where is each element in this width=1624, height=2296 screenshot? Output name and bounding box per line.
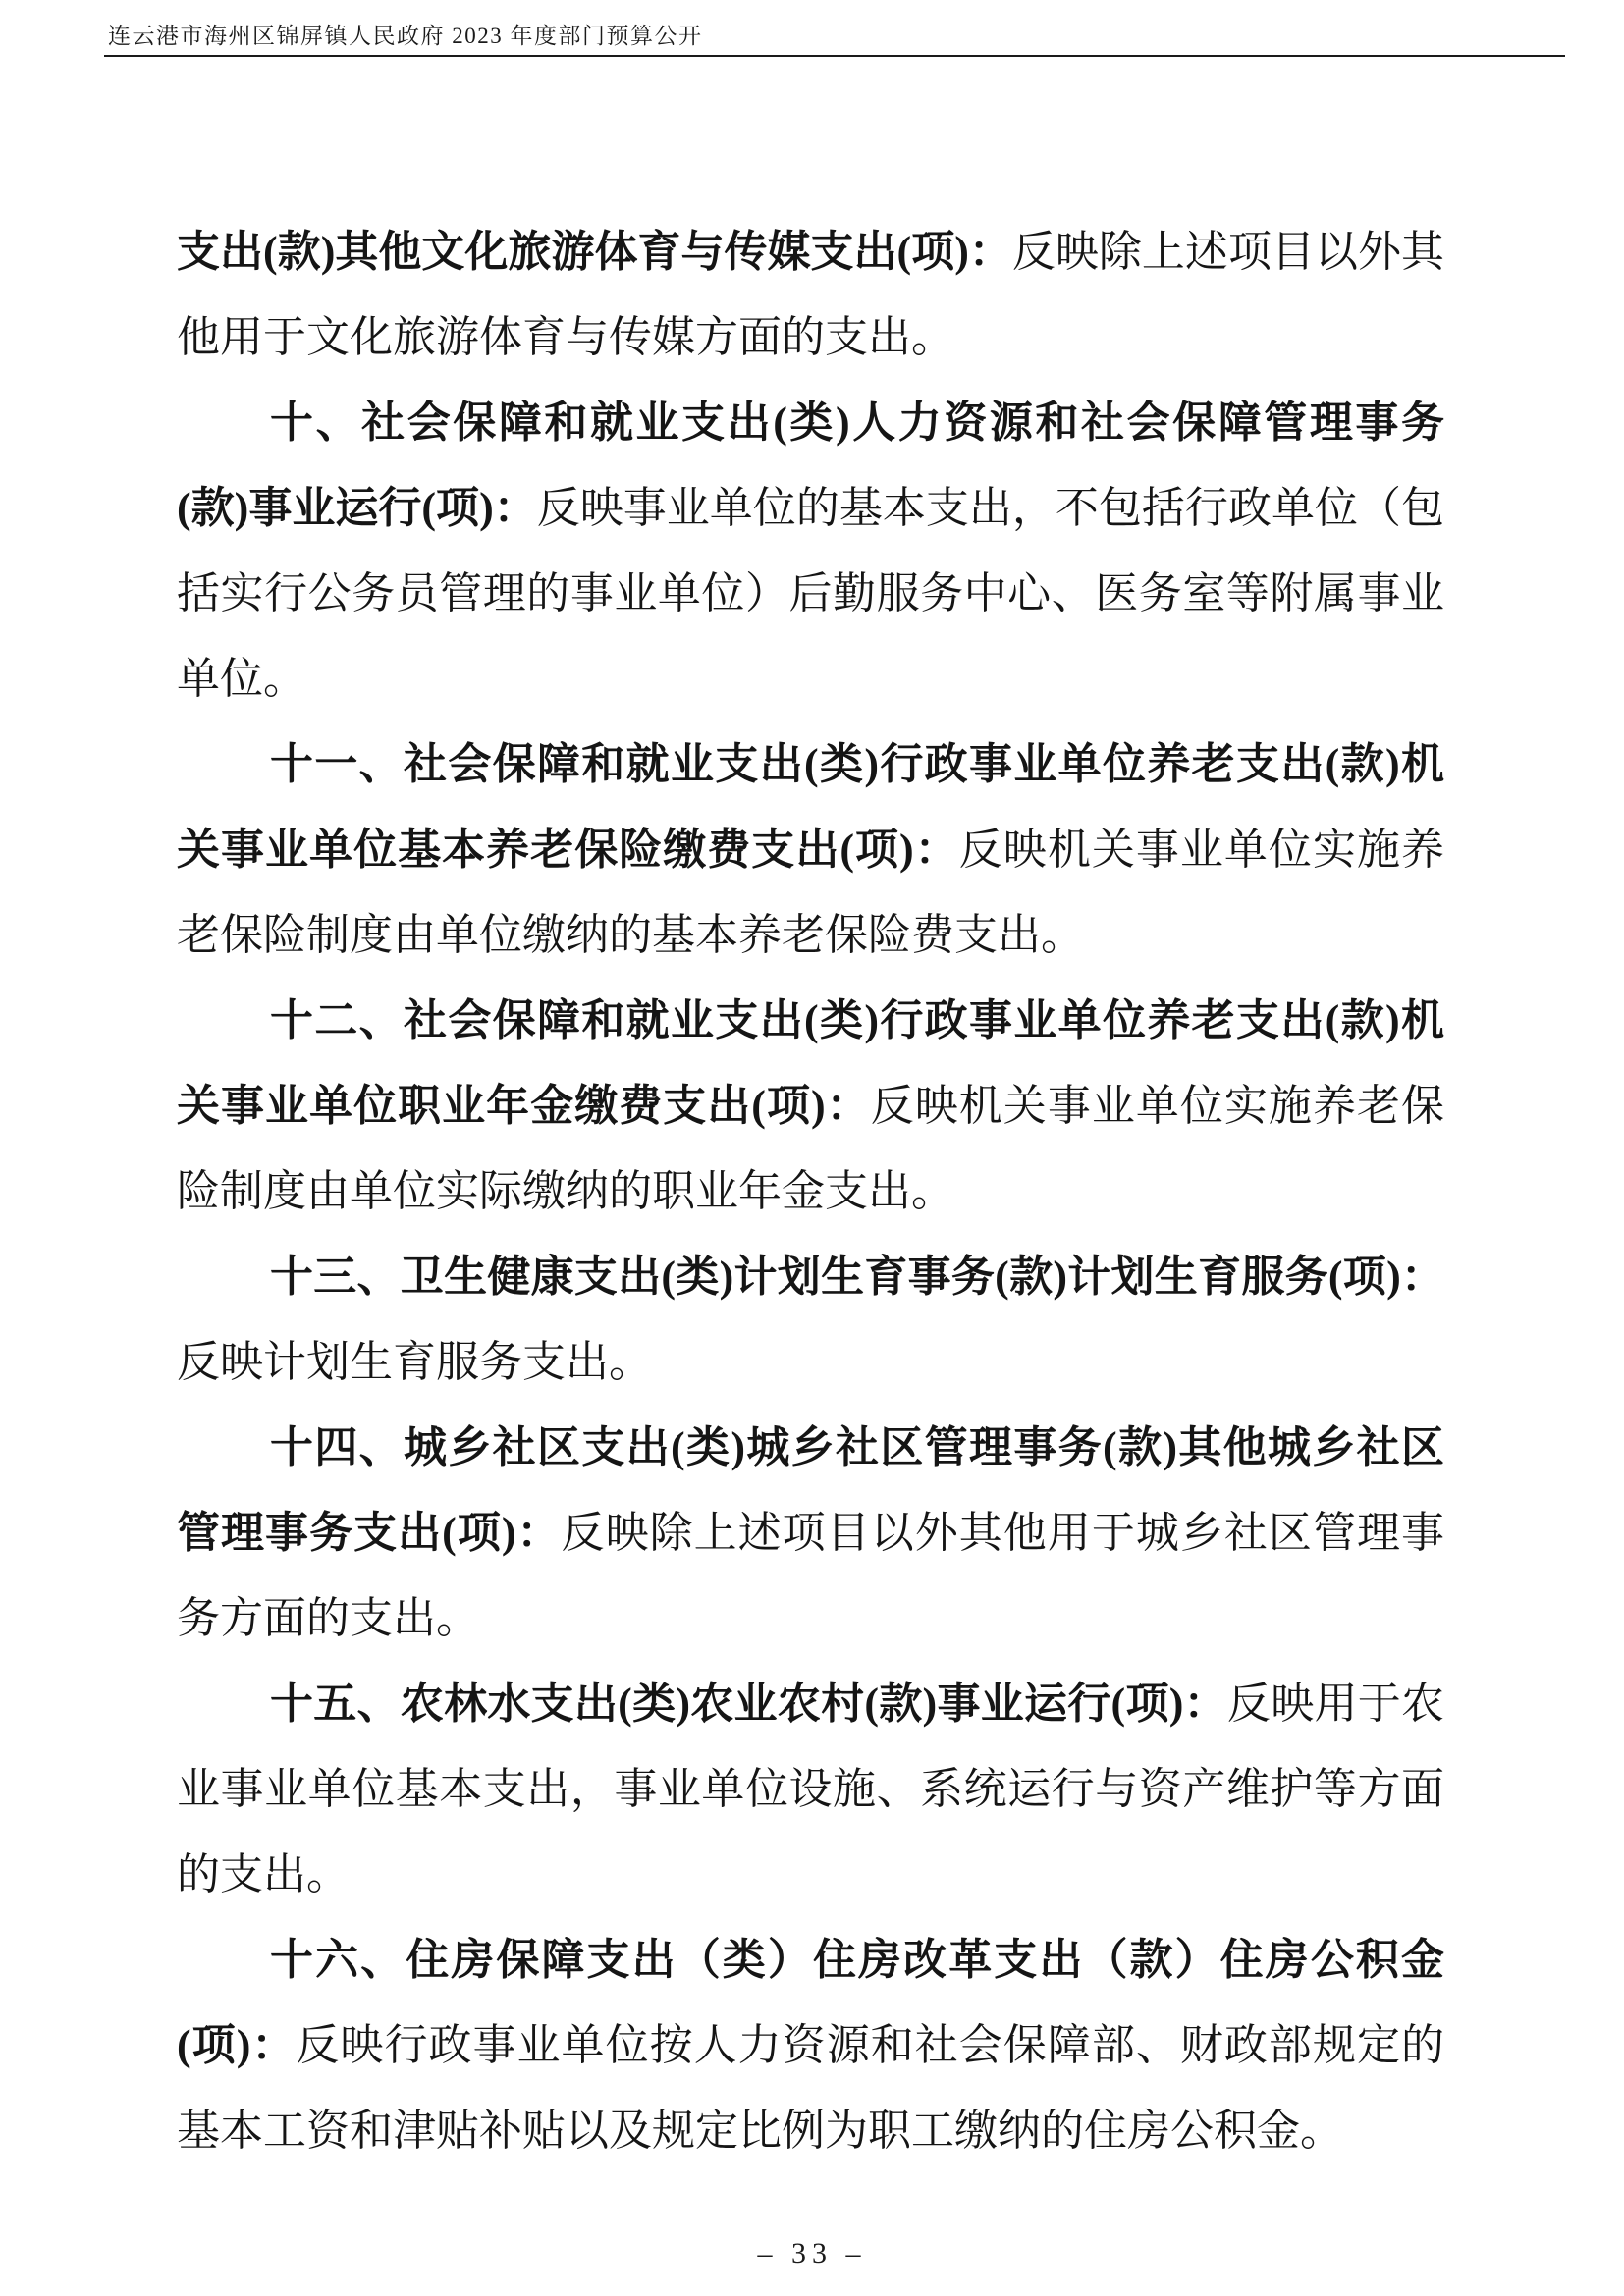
budget-item-description: 反映行政事业单位按人力资源和社会保障部、财政部规定的基本工资和津贴补贴以及规定比… (177, 2021, 1444, 2155)
budget-item-heading: 十五、农林水支出(类)农业农村(款)事业运行(项)： (270, 1680, 1227, 1728)
document-body: 支出(款)其他文化旅游体育与传媒支出(项)：反映除上述项目以外其他用于文化旅游体… (177, 209, 1444, 2173)
budget-item-heading: 支出(款)其他文化旅游体育与传媒支出(项)： (177, 228, 1012, 276)
paragraph: 十一、社会保障和就业支出(类)行政事业单位养老支出(款)机关事业单位基本养老保险… (177, 721, 1444, 978)
page-header-title: 连云港市海州区锦屏镇人民政府 2023 年度部门预算公开 (108, 18, 703, 50)
paragraph: 十二、社会保障和就业支出(类)行政事业单位养老支出(款)机关事业单位职业年金缴费… (177, 978, 1444, 1234)
paragraph: 支出(款)其他文化旅游体育与传媒支出(项)：反映除上述项目以外其他用于文化旅游体… (177, 209, 1444, 380)
header-divider (104, 55, 1565, 57)
paragraph: 十四、城乡社区支出(类)城乡社区管理事务(款)其他城乡社区管理事务支出(项)：反… (177, 1405, 1444, 1661)
paragraph: 十、社会保障和就业支出(类)人力资源和社会保障管理事务(款)事业运行(项)：反映… (177, 380, 1444, 721)
budget-item-heading: 十三、卫生健康支出(类)计划生育事务(款)计划生育服务(项)： (270, 1253, 1444, 1301)
document-page: 连云港市海州区锦屏镇人民政府 2023 年度部门预算公开 支出(款)其他文化旅游… (0, 0, 1624, 2296)
page-number: – 33 – (0, 2237, 1624, 2270)
paragraph: 十三、卫生健康支出(类)计划生育事务(款)计划生育服务(项)：反映计划生育服务支… (177, 1234, 1444, 1405)
budget-item-description: 反映计划生育服务支出。 (177, 1338, 652, 1386)
paragraph: 十六、住房保障支出（类）住房改革支出（款）住房公积金(项)：反映行政事业单位按人… (177, 1917, 1444, 2173)
paragraph: 十五、农林水支出(类)农业农村(款)事业运行(项)：反映用于农业事业单位基本支出… (177, 1661, 1444, 1917)
